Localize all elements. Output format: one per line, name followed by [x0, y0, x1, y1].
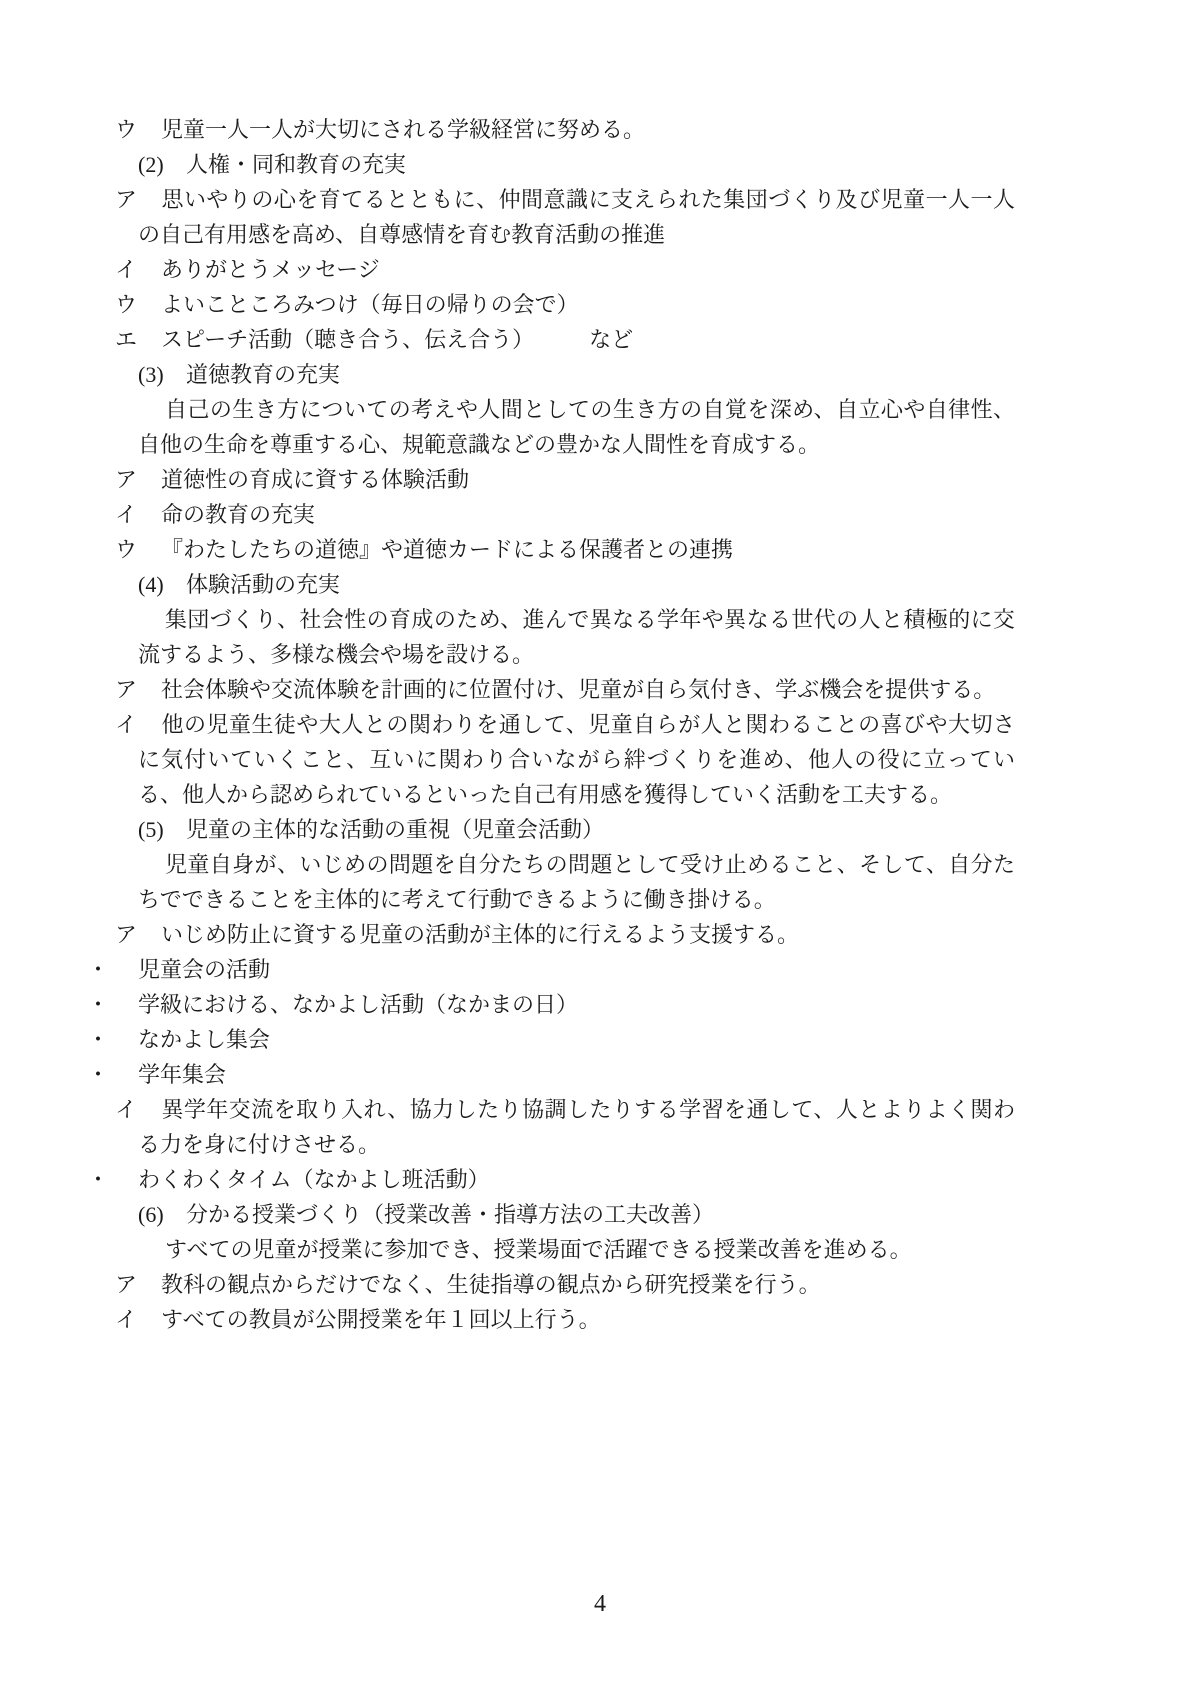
section-3: (3)道徳教育の充実 自己の生き方についての考えや人間としての生き方の自覚を深め…: [138, 357, 1015, 567]
kana-text: 児童一人一人が大切にされる学級経営に努める。: [161, 117, 645, 142]
kana-label: ア: [115, 677, 137, 702]
section-heading: (4)体験活動の充実: [138, 567, 1015, 602]
bullet-marker: ・: [87, 992, 109, 1017]
section-heading: (3)道徳教育の充実: [138, 357, 1015, 392]
list-item-kana: イ他の児童生徒や大人との関わりを通して、児童自らが人と関わることの喜びや大切さに…: [138, 707, 1015, 812]
section-5: (5)児童の主体的な活動の重視（児童会活動） 児童自身が、いじめの問題を自分たち…: [138, 812, 1015, 1197]
bullet-marker: ・: [87, 1167, 109, 1192]
kana-text: 道徳性の育成に資する体験活動: [161, 467, 469, 492]
section-heading: (6)分かる授業づくり（授業改善・指導方法の工夫改善）: [138, 1197, 1015, 1232]
kana-text: 命の教育の充実: [161, 502, 315, 527]
section-4: (4)体験活動の充実 集団づくり、社会性の育成のため、進んで異なる学年や異なる世…: [138, 567, 1015, 812]
kana-label: ア: [115, 922, 137, 947]
kana-label: ウ: [115, 117, 137, 142]
list-item-kana: イ命の教育の充実: [138, 497, 1015, 532]
kana-label: エ: [115, 327, 137, 352]
section-heading: (5)児童の主体的な活動の重視（児童会活動）: [138, 812, 1015, 847]
section-number: (6): [138, 1197, 186, 1232]
list-item-kana: イありがとうメッセージ: [138, 252, 1015, 287]
section-title: 道徳教育の充実: [186, 362, 340, 387]
bullet-marker: ・: [87, 1027, 109, 1052]
kana-label: イ: [115, 1097, 137, 1122]
kana-label: イ: [115, 712, 138, 737]
bullet-text: なかよし集会: [138, 1027, 270, 1052]
kana-text: 異学年交流を取り入れ、協力したり協調したりする学習を通して、人とよりよく関わる力…: [138, 1097, 1015, 1157]
kana-text: 『わたしたちの道徳』や道徳カードによる保護者との連携: [161, 537, 733, 562]
kana-text: 社会体験や交流体験を計画的に位置付け、児童が自ら気付き、学ぶ機会を提供する。: [161, 677, 995, 702]
section-2: (2)人権・同和教育の充実 ア思いやりの心を育てるとともに、仲間意識に支えられた…: [138, 147, 1015, 357]
kana-text: いじめ防止に資する児童の活動が主体的に行えるよう支援する。: [161, 922, 799, 947]
section-heading: (2)人権・同和教育の充実: [138, 147, 1015, 182]
kana-label: ア: [115, 467, 137, 492]
kana-label: ア: [115, 187, 137, 212]
list-item-kana: イすべての教員が公開授業を年１回以上行う。: [138, 1302, 1015, 1337]
paragraph: すべての児童が授業に参加でき、授業場面で活躍できる授業改善を進める。: [138, 1232, 1015, 1267]
kana-label: ア: [115, 1272, 137, 1297]
list-item-kana: ア教科の観点からだけでなく、生徒指導の観点から研究授業を行う。: [138, 1267, 1015, 1302]
kana-text: 他の児童生徒や大人との関わりを通して、児童自らが人と関わることの喜びや大切さに気…: [138, 712, 1015, 807]
bullet-marker: ・: [87, 1062, 109, 1087]
list-item-bullet: ・わくわくタイム（なかよし班活動）: [138, 1162, 1015, 1197]
paragraph: 自己の生き方についての考えや人間としての生き方の自覚を深め、自立心や自律性、自他…: [138, 392, 1015, 462]
kana-label: イ: [115, 502, 137, 527]
kana-text: 教科の観点からだけでなく、生徒指導の観点から研究授業を行う。: [161, 1272, 821, 1297]
kana-text: すべての教員が公開授業を年１回以上行う。: [161, 1307, 601, 1332]
paragraph: 集団づくり、社会性の育成のため、進んで異なる学年や異なる世代の人と積極的に交流す…: [138, 602, 1015, 672]
kana-label: イ: [115, 257, 137, 282]
section-title: 分かる授業づくり（授業改善・指導方法の工夫改善）: [186, 1202, 714, 1227]
list-item-bullet: ・学年集会: [138, 1057, 1015, 1092]
bullet-text: 学年集会: [138, 1062, 226, 1087]
kana-label: ウ: [115, 292, 137, 317]
bullet-text: わくわくタイム（なかよし班活動）: [138, 1167, 490, 1192]
page-content: ウ児童一人一人が大切にされる学級経営に努める。 (2)人権・同和教育の充実 ア思…: [138, 112, 1015, 1337]
section-number: (3): [138, 357, 186, 392]
list-item-kana: エスピーチ活動（聴き合う、伝え合う） など: [138, 322, 1015, 357]
list-item-kana: イ異学年交流を取り入れ、協力したり協調したりする学習を通して、人とよりよく関わる…: [138, 1092, 1015, 1162]
section-title: 人権・同和教育の充実: [186, 152, 406, 177]
kana-text: スピーチ活動（聴き合う、伝え合う） など: [161, 327, 633, 352]
section-number: (5): [138, 812, 186, 847]
section-number: (2): [138, 147, 186, 182]
section-6: (6)分かる授業づくり（授業改善・指導方法の工夫改善） すべての児童が授業に参加…: [138, 1197, 1015, 1337]
bullet-marker: ・: [87, 957, 109, 982]
kana-text: よいこところみつけ（毎日の帰りの会で）: [161, 292, 579, 317]
kana-label: ウ: [115, 537, 137, 562]
kana-text: ありがとうメッセージ: [161, 257, 380, 282]
section-number: (4): [138, 567, 186, 602]
list-item-kana: ウよいこところみつけ（毎日の帰りの会で）: [138, 287, 1015, 322]
bullet-text: 児童会の活動: [138, 957, 270, 982]
kana-text: 思いやりの心を育てるとともに、仲間意識に支えられた集団づくり及び児童一人一人の自…: [138, 187, 1015, 247]
section-title: 体験活動の充実: [186, 572, 340, 597]
bullet-text: 学級における、なかよし活動（なかまの日）: [138, 992, 578, 1017]
list-item-kana: ア思いやりの心を育てるとともに、仲間意識に支えられた集団づくり及び児童一人一人の…: [138, 182, 1015, 252]
list-item-bullet: ・児童会の活動: [138, 952, 1015, 987]
list-item-kana: ア社会体験や交流体験を計画的に位置付け、児童が自ら気付き、学ぶ機会を提供する。: [138, 672, 1015, 707]
list-item-kana: ウ『わたしたちの道徳』や道徳カードによる保護者との連携: [138, 532, 1015, 567]
list-item-kana: アいじめ防止に資する児童の活動が主体的に行えるよう支援する。: [138, 917, 1015, 952]
list-item-bullet: ・なかよし集会: [138, 1022, 1015, 1057]
document-page: ウ児童一人一人が大切にされる学級経営に努める。 (2)人権・同和教育の充実 ア思…: [0, 0, 1200, 1697]
paragraph: 児童自身が、いじめの問題を自分たちの問題として受け止めること、そして、自分たちで…: [138, 847, 1015, 917]
section-title: 児童の主体的な活動の重視（児童会活動）: [186, 817, 604, 842]
page-number: 4: [0, 1589, 1200, 1619]
list-item-kana: ウ児童一人一人が大切にされる学級経営に努める。: [138, 112, 1015, 147]
kana-label: イ: [115, 1307, 137, 1332]
list-item-kana: ア道徳性の育成に資する体験活動: [138, 462, 1015, 497]
list-item-bullet: ・学級における、なかよし活動（なかまの日）: [138, 987, 1015, 1022]
